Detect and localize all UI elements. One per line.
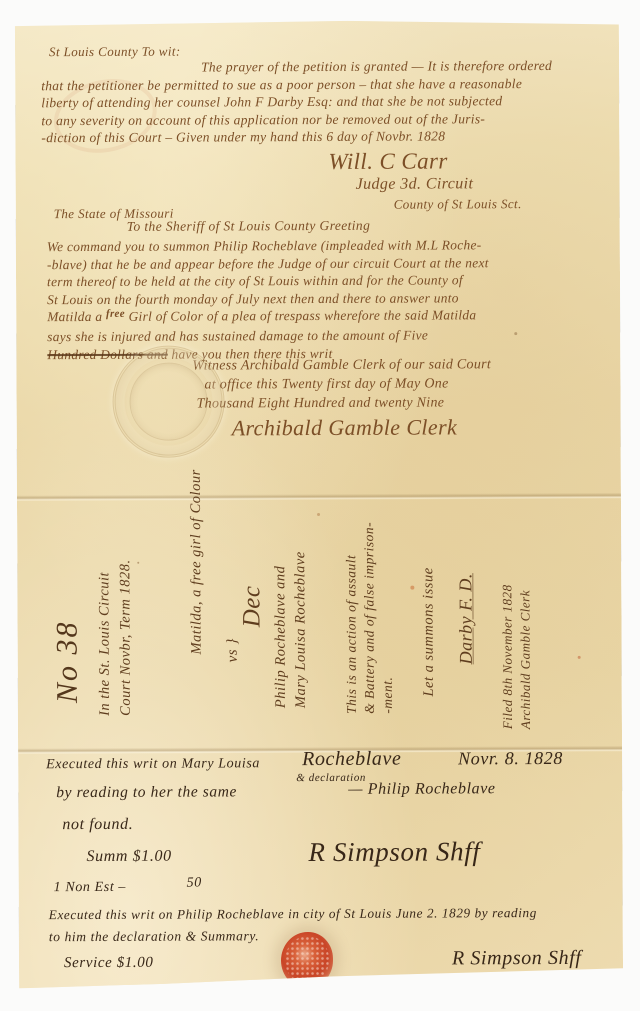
fold-crease-upper (17, 493, 621, 502)
docket-case-number: No 38 (51, 621, 85, 704)
paper-speck (410, 586, 414, 590)
paper-speck (578, 656, 581, 659)
writ-line5-post: Girl of Color of a plea of trespass wher… (129, 308, 477, 325)
fee-summons: Summ $1.00 (86, 848, 171, 866)
judge-title: Judge 3d. Circuit (356, 175, 474, 194)
document-paper: St Louis County To wit: The prayer of th… (15, 20, 623, 989)
page-background: { "colors":{ "paper":"#ead7a7", "ink_bro… (0, 0, 640, 1011)
fee-non-est: 1 Non Est – (54, 880, 126, 896)
red-wax-seal (281, 932, 333, 988)
return1-date: Novr. 8. 1828 (458, 748, 563, 769)
return2-line2: to him the declaration & Summary. (49, 928, 259, 945)
order-body: The prayer of the petition is granted — … (41, 57, 607, 147)
docket-defendant-line: Mary Louisa Rocheblave (290, 551, 311, 708)
return1-line2-post: — Philip Rocheblave (348, 780, 495, 799)
inserted-word-free: free (106, 308, 125, 320)
paper-speck (137, 562, 139, 564)
writ-county: County of St Louis Sct. (394, 196, 522, 213)
docket-summons-order: Let a summons issue (420, 567, 438, 696)
witness-clause: Witness Archibald Gamble Clerk of our sa… (192, 355, 491, 413)
docket-filed-line: Filed 8th November 1828 (498, 584, 517, 729)
docket-vs: vs } (225, 638, 242, 662)
signature-r-simpson-1: R Simpson Shff (308, 836, 480, 868)
docket-attorney-signature: Darby F. D. (455, 573, 476, 664)
return1-not-found: not found. (62, 816, 133, 834)
signature-archibald-gamble: Archibald Gamble Clerk (232, 414, 458, 441)
docket-action-note: This is an action of assault & Battery a… (342, 522, 397, 714)
signature-r-simpson-2: R Simpson Shff (452, 947, 582, 971)
docket-filed-note: Filed 8th November 1828 Archibald Gamble… (498, 584, 535, 729)
docket-defendant-line: Philip Rocheblave and (270, 551, 291, 708)
fee-service: Service $1.00 (64, 955, 154, 972)
docket-court-term: In the St. Louis Circuit Court Novbr, Te… (94, 559, 137, 716)
embossed-court-seal (112, 345, 224, 457)
docket-action-line: & Battery and of false imprison- (360, 522, 379, 714)
writ-salutation: To the Sheriff of St Louis County Greeti… (127, 218, 371, 235)
writ-line5-pre: Matilda a (47, 309, 102, 324)
witness-line: at office this Twenty first day of May O… (192, 374, 491, 394)
witness-line: Thousand Eight Hundred and twenty Nine (193, 393, 492, 413)
return1-line2: by reading to her the same (56, 783, 237, 802)
docket-court-line: In the St. Louis Circuit (94, 559, 116, 715)
order-line: -diction of this Court – Given under my … (41, 127, 607, 147)
witness-line: Witness Archibald Gamble Clerk of our sa… (192, 355, 491, 375)
return2-line1: Executed this writ on Philip Rocheblave … (49, 905, 537, 923)
docket-defendants: Philip Rocheblave and Mary Louisa Rocheb… (270, 551, 311, 708)
paper-speck (317, 513, 320, 516)
docket-filed-line: Archibald Gamble Clerk (516, 584, 535, 729)
docket-court-line: Court Novbr, Term 1828. (115, 559, 137, 715)
docket-action-line: This is an action of assault (342, 522, 361, 714)
writ-line-insertion: Matilda a free Girl of Color of a plea o… (47, 306, 613, 328)
docket-plaintiff: Matilda, a free girl of Colour (188, 469, 206, 654)
docket-action-line: -ment. (378, 522, 397, 714)
writ-body: We command you to summon Philip Rochebla… (47, 236, 614, 364)
order-line: The prayer of the petition is granted — … (41, 57, 607, 77)
paper-speck (514, 332, 517, 335)
signature-will-c-carr: Will. C Carr (328, 148, 447, 175)
fee-non-est-amount: 50 (187, 876, 202, 892)
return1-text: Executed this writ on Mary Louisa (46, 756, 260, 773)
docket-dec-label: Dec (238, 585, 266, 627)
return1-name: Rocheblave (302, 748, 401, 771)
